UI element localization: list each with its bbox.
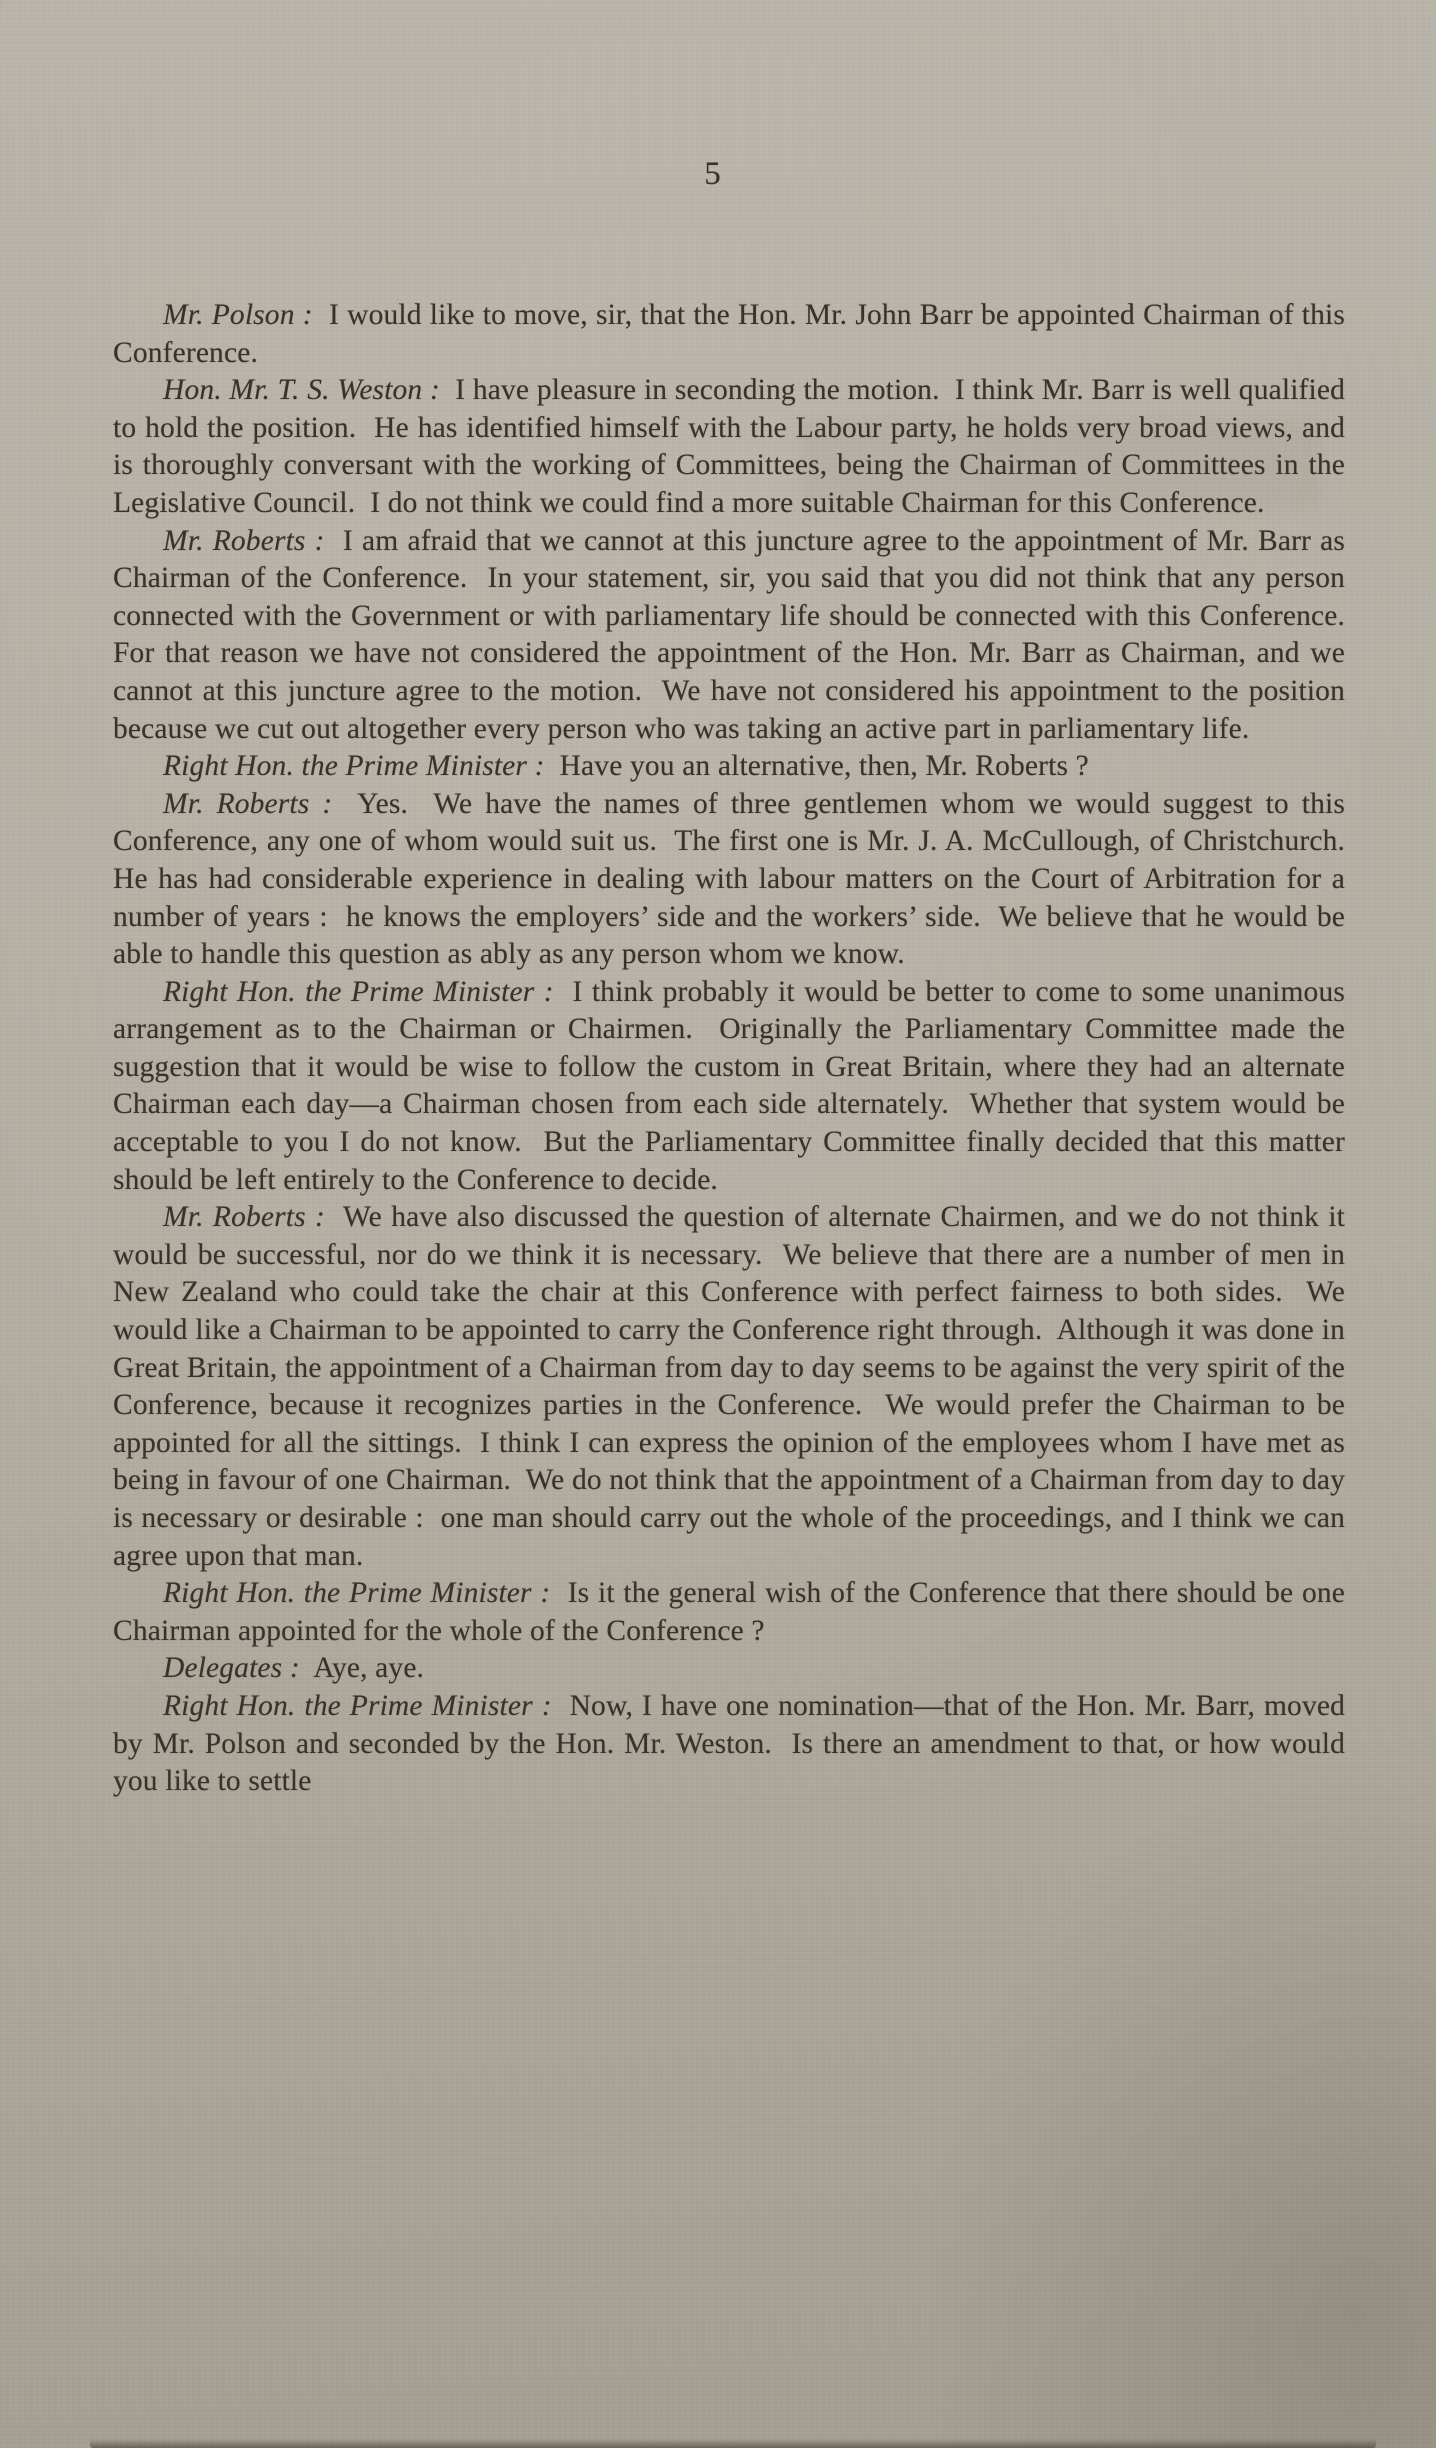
paragraph-text: Have you an alternative, then, Mr. Rober… — [545, 750, 1089, 782]
speaker-label: Right Hon. the Prime Minister : — [163, 1577, 550, 1609]
paragraph: Hon. Mr. T. S. Weston : I have pleasure … — [113, 372, 1345, 522]
paragraph-text: I am afraid that we cannot at this junct… — [113, 525, 1360, 745]
paragraph: Mr. Polson : I would like to move, sir, … — [113, 297, 1345, 372]
page-number: 5 — [0, 156, 1426, 193]
paragraph-text: I think probably it would be better to c… — [113, 976, 1353, 1196]
paragraph: Right Hon. the Prime Minister : Now, I h… — [113, 1688, 1345, 1801]
paper-crease — [0, 0, 9, 583]
paragraph: Right Hon. the Prime Minister : Is it th… — [113, 1575, 1345, 1650]
scanned-page: 5 Mr. Polson : I would like to move, sir… — [0, 0, 1436, 2448]
page-bottom-shadow — [90, 2439, 1376, 2448]
speaker-label: Mr. Roberts : — [163, 525, 325, 557]
corner-shade — [916, 1748, 1436, 2448]
speaker-label: Right Hon. the Prime Minister : — [163, 750, 545, 782]
paragraph: Delegates : Aye, aye. — [113, 1650, 1345, 1688]
speaker-label: Right Hon. the Prime Minister : — [163, 1690, 552, 1722]
speaker-label: Mr. Roberts : — [163, 788, 332, 820]
paragraph-text: We have also discussed the question of a… — [113, 1201, 1353, 1571]
speaker-label: Hon. Mr. T. S. Weston : — [163, 374, 440, 406]
paragraph-text: Aye, aye. — [300, 1652, 424, 1684]
paragraph: Right Hon. the Prime Minister : Have you… — [113, 748, 1345, 786]
paragraph: Mr. Roberts : Yes. We have the names of … — [113, 786, 1345, 974]
speaker-label: Mr. Roberts : — [163, 1201, 325, 1233]
paragraph: Right Hon. the Prime Minister : I think … — [113, 974, 1345, 1200]
speaker-label: Mr. Polson : — [163, 299, 313, 331]
paragraph: Mr. Roberts : We have also discussed the… — [113, 1199, 1345, 1575]
paragraph: Mr. Roberts : I am afraid that we cannot… — [113, 523, 1345, 749]
text-block: Mr. Polson : I would like to move, sir, … — [113, 297, 1345, 1801]
speaker-label: Right Hon. the Prime Minister : — [163, 976, 554, 1008]
speaker-label: Delegates : — [163, 1652, 300, 1684]
